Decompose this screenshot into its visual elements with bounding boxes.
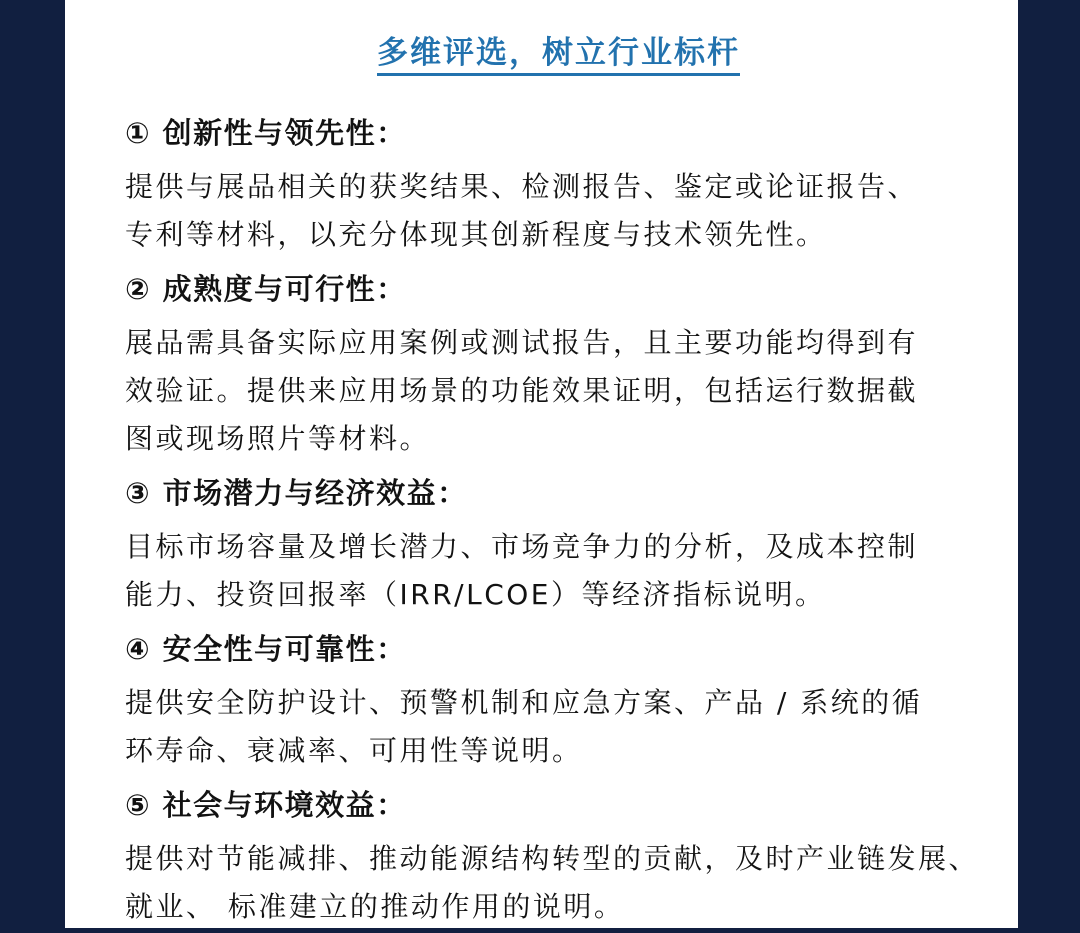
section-body: 提供对节能减排、推动能源结构转型的贡献，及时产业链发展、 就业、 标准建立的推动… [125, 835, 992, 928]
section-safety: ④ 安全性与可靠性： 提供安全防护设计、预警机制和应急方案、产品 / 系统的循 … [125, 628, 992, 775]
section-heading: ③ 市场潜力与经济效益： [125, 472, 992, 514]
section-heading: ⑤ 社会与环境效益： [125, 784, 992, 826]
section-social-environment: ⑤ 社会与环境效益： 提供对节能减排、推动能源结构转型的贡献，及时产业链发展、 … [125, 784, 992, 928]
section-innovation: ① 创新性与领先性： 提供与展品相关的获奖结果、检测报告、鉴定或论证报告、 专利… [125, 112, 992, 259]
section-body: 展品需具备实际应用案例或测试报告，且主要功能均得到有 效验证。提供来应用场景的功… [125, 319, 992, 463]
content-panel: 多维评选，树立行业标杆 ① 创新性与领先性： 提供与展品相关的获奖结果、检测报告… [65, 0, 1018, 928]
page-title-text: 多维评选，树立行业标杆 [377, 35, 740, 76]
section-body: 提供安全防护设计、预警机制和应急方案、产品 / 系统的循 环寿命、衰减率、可用性… [125, 679, 992, 775]
section-market: ③ 市场潜力与经济效益： 目标市场容量及增长潜力、市场竞争力的分析，及成本控制 … [125, 472, 992, 619]
section-heading: ① 创新性与领先性： [125, 112, 992, 154]
section-maturity: ② 成熟度与可行性： 展品需具备实际应用案例或测试报告，且主要功能均得到有 效验… [125, 268, 992, 463]
page-title: 多维评选，树立行业标杆 [125, 0, 992, 74]
section-heading: ② 成熟度与可行性： [125, 268, 992, 310]
section-body: 提供与展品相关的获奖结果、检测报告、鉴定或论证报告、 专利等材料，以充分体现其创… [125, 163, 992, 259]
page-background: 多维评选，树立行业标杆 ① 创新性与领先性： 提供与展品相关的获奖结果、检测报告… [0, 0, 1080, 933]
section-heading: ④ 安全性与可靠性： [125, 628, 992, 670]
section-body: 目标市场容量及增长潜力、市场竞争力的分析，及成本控制 能力、投资回报率（IRR/… [125, 523, 992, 619]
